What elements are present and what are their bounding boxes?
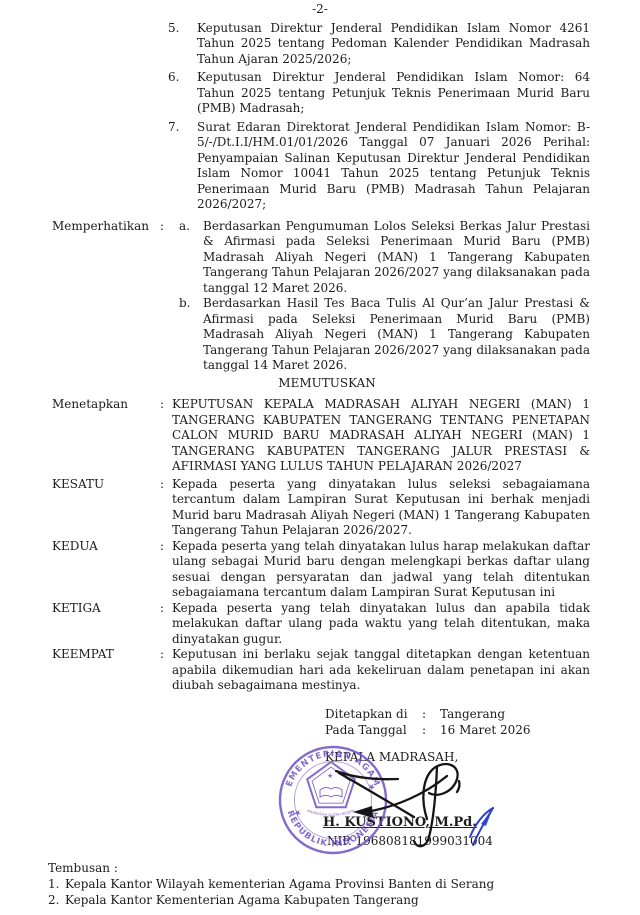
- list-item: 1. Kepala Kantor Wilayah kementerian Aga…: [48, 877, 494, 892]
- list-item: 5. Keputusan Direktur Jenderal Pendidika…: [168, 21, 590, 68]
- list-item: 7. Surat Edaran Direktorat Jenderal Pend…: [168, 120, 590, 213]
- memutuskan-heading: MEMUTUSKAN: [0, 376, 640, 392]
- stamp-star-right-icon: ★: [365, 781, 377, 794]
- item-text: Keputusan Direktur Jenderal Pendidikan I…: [197, 21, 590, 68]
- memperhatikan-body: a. Berdasarkan Pengumuman Lolos Seleksi …: [172, 219, 590, 374]
- signer-name: H. KUSTIONO, M.Pd.: [323, 815, 477, 831]
- colon-separator: :: [422, 722, 440, 738]
- item-number: 7.: [168, 120, 197, 213]
- item-number: 2.: [48, 893, 65, 908]
- list-item: b. Berdasarkan Hasil Tes Baca Tulis Al Q…: [172, 296, 590, 374]
- page-number: -2-: [0, 0, 640, 18]
- date-label: Pada Tanggal: [325, 722, 422, 738]
- item-text: Surat Edaran Direktorat Jenderal Pendidi…: [197, 120, 590, 213]
- item-text: Kepala Kantor Kementerian Agama Kabupate…: [65, 893, 419, 908]
- item-text: Berdasarkan Hasil Tes Baca Tulis Al Qur’…: [203, 296, 590, 374]
- item-text: Kepala Kantor Wilayah kementerian Agama …: [65, 877, 494, 892]
- decision-text: Kepada peserta yang telah dinyatakan lul…: [172, 539, 590, 601]
- item-text: Berdasarkan Pengumuman Lolos Seleksi Ber…: [203, 219, 590, 297]
- date-row: Pada Tanggal : 16 Maret 2026: [325, 722, 640, 738]
- item-number: 5.: [168, 21, 197, 68]
- decision-text: KEPUTUSAN KEPALA MADRASAH ALIYAH NEGERI …: [172, 397, 590, 475]
- item-number: 1.: [48, 877, 65, 892]
- decision-row: KESATU : Kepada peserta yang dinyatakan …: [0, 477, 640, 539]
- item-text: Keputusan Direktur Jenderal Pendidikan I…: [197, 70, 590, 117]
- colon-separator: :: [160, 601, 172, 648]
- section-label: Memperhatikan: [52, 219, 160, 374]
- colon-separator: :: [160, 397, 172, 475]
- decision-label: KESATU: [52, 477, 160, 539]
- decision-row: KEEMPAT : Keputusan ini berlaku sejak ta…: [0, 647, 640, 694]
- decision-label: KEEMPAT: [52, 647, 160, 694]
- decision-row: KEDUA : Kepada peserta yang telah dinyat…: [0, 539, 640, 601]
- stamp-star-left-icon: ★: [292, 807, 304, 820]
- place-label: Ditetapkan di: [325, 706, 422, 722]
- tembusan-section: Tembusan : 1. Kepala Kantor Wilayah keme…: [48, 861, 494, 908]
- item-letter: b.: [172, 296, 203, 374]
- colon-separator: :: [422, 706, 440, 722]
- place-row: Ditetapkan di : Tangerang: [325, 706, 640, 722]
- decision-text: Kepada peserta yang dinyatakan lulus sel…: [172, 477, 590, 539]
- list-item: a. Berdasarkan Pengumuman Lolos Seleksi …: [172, 219, 590, 297]
- colon-separator: :: [160, 219, 172, 374]
- list-item: 6. Keputusan Direktur Jenderal Pendidika…: [168, 70, 590, 117]
- colon-separator: :: [160, 477, 172, 539]
- considerations-list: 5. Keputusan Direktur Jenderal Pendidika…: [168, 21, 590, 213]
- decision-row: KETIGA : Kepada peserta yang telah dinya…: [0, 601, 640, 648]
- colon-separator: :: [160, 647, 172, 694]
- place-value: Tangerang: [440, 706, 505, 722]
- memperhatikan-section: Memperhatikan : a. Berdasarkan Pengumuma…: [0, 219, 640, 374]
- closing-block: Ditetapkan di : Tangerang Pada Tanggal :…: [325, 706, 640, 766]
- decision-label: KETIGA: [52, 601, 160, 648]
- decree-document-page: -2- 5. Keputusan Direktur Jenderal Pendi…: [0, 0, 640, 915]
- item-letter: a.: [172, 219, 203, 297]
- decision-text: Keputusan ini berlaku sejak tanggal dite…: [172, 647, 590, 694]
- decision-text: Kepada peserta yang telah dinyatakan lul…: [172, 601, 590, 648]
- signer-nip: NIP. 196808181999031004: [327, 834, 493, 850]
- decision-label: KEDUA: [52, 539, 160, 601]
- tembusan-label: Tembusan :: [48, 861, 494, 876]
- signer-title: KEPALA MADRASAH,: [325, 750, 640, 766]
- list-item: 2. Kepala Kantor Kementerian Agama Kabup…: [48, 893, 494, 908]
- item-number: 6.: [168, 70, 197, 117]
- decision-row: Menetapkan : KEPUTUSAN KEPALA MADRASAH A…: [0, 397, 640, 475]
- date-value: 16 Maret 2026: [440, 722, 531, 738]
- colon-separator: :: [160, 539, 172, 601]
- decision-label: Menetapkan: [52, 397, 160, 475]
- stamp-pentagon-star-icon: ★: [327, 772, 333, 780]
